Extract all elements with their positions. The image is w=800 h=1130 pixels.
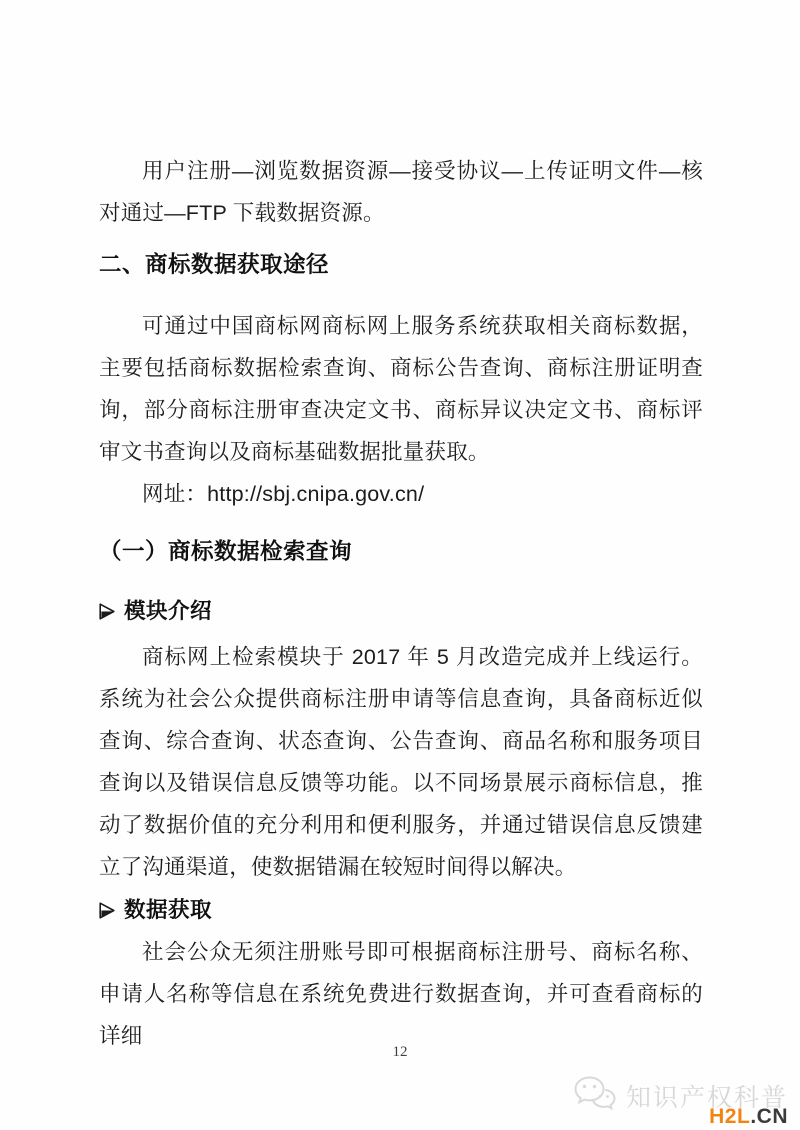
watermark-brand: H2L.CN: [572, 1105, 788, 1129]
arrowhead-right-icon: [99, 902, 115, 919]
brand-h2l: H2L: [709, 1105, 750, 1128]
page-number: 12: [0, 1044, 800, 1061]
section-heading-data-acquisition-channels: 二、商标数据获取途径: [99, 244, 703, 286]
url-value: http://sbj.cnipa.gov.cn/: [207, 482, 424, 506]
subsection-heading-trademark-search: （一）商标数据检索查询: [99, 531, 703, 573]
watermark: 知识产权科普 H2L.CN: [572, 1074, 788, 1129]
brand-cn-suffix: .CN: [750, 1105, 788, 1128]
bullet-heading-data-acquisition: 数据获取: [99, 889, 703, 931]
bullet-label-module-intro: 模块介绍: [124, 590, 212, 632]
url-line: 网址：http://sbj.cnipa.gov.cn/: [99, 473, 703, 515]
paragraph-data-acquisition-body: 社会公众无须注册账号即可根据商标注册号、商标名称、申请人名称等信息在系统免费进行…: [99, 931, 703, 1057]
url-label: 网址：: [142, 482, 207, 506]
bullet-label-data-acquisition: 数据获取: [124, 889, 212, 931]
document-page: 用户注册—浏览数据资源—接受协议—上传证明文件—核对通过—FTP 下载数据资源。…: [0, 0, 800, 1130]
paragraph-registration-flow: 用户注册—浏览数据资源—接受协议—上传证明文件—核对通过—FTP 下载数据资源。: [99, 150, 703, 234]
bullet-heading-module-intro: 模块介绍: [99, 590, 703, 632]
document-content: 用户注册—浏览数据资源—接受协议—上传证明文件—核对通过—FTP 下载数据资源。…: [99, 150, 703, 1057]
paragraph-module-intro-body: 商标网上检索模块于 2017 年 5 月改造完成并上线运行。系统为社会公众提供商…: [99, 636, 703, 888]
arrowhead-right-icon: [99, 603, 115, 620]
paragraph-section2-body: 可通过中国商标网商标网上服务系统获取相关商标数据，主要包括商标数据检索查询、商标…: [99, 305, 703, 473]
